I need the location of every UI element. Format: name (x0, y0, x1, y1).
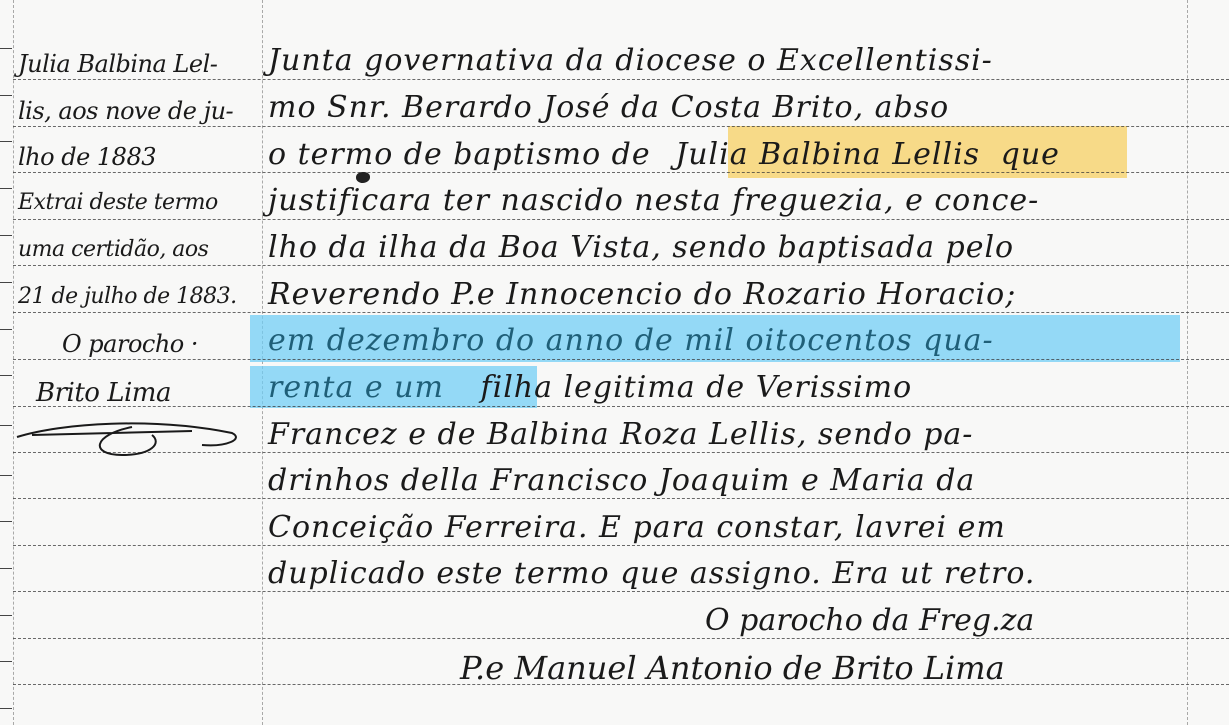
left-margin-line (13, 0, 14, 725)
edge-tick (0, 568, 12, 569)
ruled-line (13, 265, 1229, 266)
body-line-1: Junta governativa da diocese o Excellent… (268, 46, 993, 76)
edge-tick (0, 141, 12, 142)
margin-line-2: lis, aos nove de ju- (18, 99, 233, 123)
ruled-line (13, 312, 1229, 313)
body-line-10: drinhos della Francisco Joaquim e Maria … (268, 466, 975, 496)
edge-tick (0, 329, 12, 330)
edge-tick (0, 95, 12, 96)
ruled-line (13, 359, 1229, 360)
body-line-3-prefix: o termo de baptismo de (268, 137, 651, 172)
margin-flourish-icon (12, 415, 242, 460)
ruled-line (13, 79, 1229, 80)
right-margin-line (1187, 0, 1188, 725)
body-line-7-highlighted: em dezembro do anno de mil oitocentos qu… (268, 326, 994, 356)
document-page: Julia Balbina Lel- lis, aos nove de ju- … (0, 0, 1229, 725)
ruled-line (13, 406, 1229, 407)
margin-line-6: 21 de julho de 1883. (18, 286, 237, 308)
column-divider-line (262, 0, 263, 725)
edge-tick (0, 48, 12, 49)
margin-line-5: uma certidão, aos (18, 239, 208, 261)
signature-name: P.e Manuel Antonio de Brito Lima (460, 652, 1005, 684)
edge-tick (0, 661, 12, 662)
edge-tick (0, 615, 12, 616)
ink-blot (356, 172, 370, 183)
body-line-3: o termo de baptismo de Julia Balbina Lel… (268, 140, 1060, 170)
body-line-3-suffix: que (1001, 137, 1060, 172)
signature-title: O parocho da Freg.za (705, 606, 1034, 636)
edge-tick (0, 375, 12, 376)
body-line-11: Conceição Ferreira. E para constar, lavr… (268, 513, 1006, 543)
body-line-4: justificara ter nascido nesta freguezia,… (268, 186, 1039, 216)
edge-tick (0, 708, 12, 709)
edge-tick (0, 475, 12, 476)
ruled-line (13, 638, 1229, 639)
margin-line-4: Extrai deste termo (18, 192, 218, 214)
edge-tick (0, 521, 12, 522)
body-line-5: lho da ilha da Boa Vista, sendo baptisad… (268, 233, 1014, 263)
body-line-8-suffix: filha legitima de Verissimo (481, 370, 913, 405)
margin-line-3: lho de 1883 (18, 145, 156, 169)
ruled-line (13, 498, 1229, 499)
margin-signature: Brito Lima (36, 380, 171, 406)
highlighted-name: Julia Balbina Lellis (675, 137, 980, 172)
body-line-6: Reverendo P.e Innocencio do Rozario Hora… (268, 280, 1016, 310)
body-line-8: renta e um filha legitima de Verissimo (268, 373, 912, 403)
ruled-line (13, 126, 1229, 127)
edge-tick (0, 235, 12, 236)
body-line-12: duplicado este termo que assigno. Era ut… (268, 559, 1035, 589)
ruled-line (13, 219, 1229, 220)
highlighted-date-end: renta e um (268, 370, 444, 405)
margin-line-1: Julia Balbina Lel- (18, 52, 217, 76)
ruled-line (13, 591, 1229, 592)
ruled-line (13, 172, 1229, 173)
edge-tick (0, 282, 12, 283)
ruled-line (13, 545, 1229, 546)
edge-tick (0, 425, 12, 426)
body-line-9: Francez e de Balbina Roza Lellis, sendo … (268, 420, 973, 450)
margin-line-7: O parocho · (62, 332, 198, 356)
body-line-2: mo Snr. Berardo José da Costa Brito, abs… (268, 93, 949, 123)
edge-tick (0, 188, 12, 189)
